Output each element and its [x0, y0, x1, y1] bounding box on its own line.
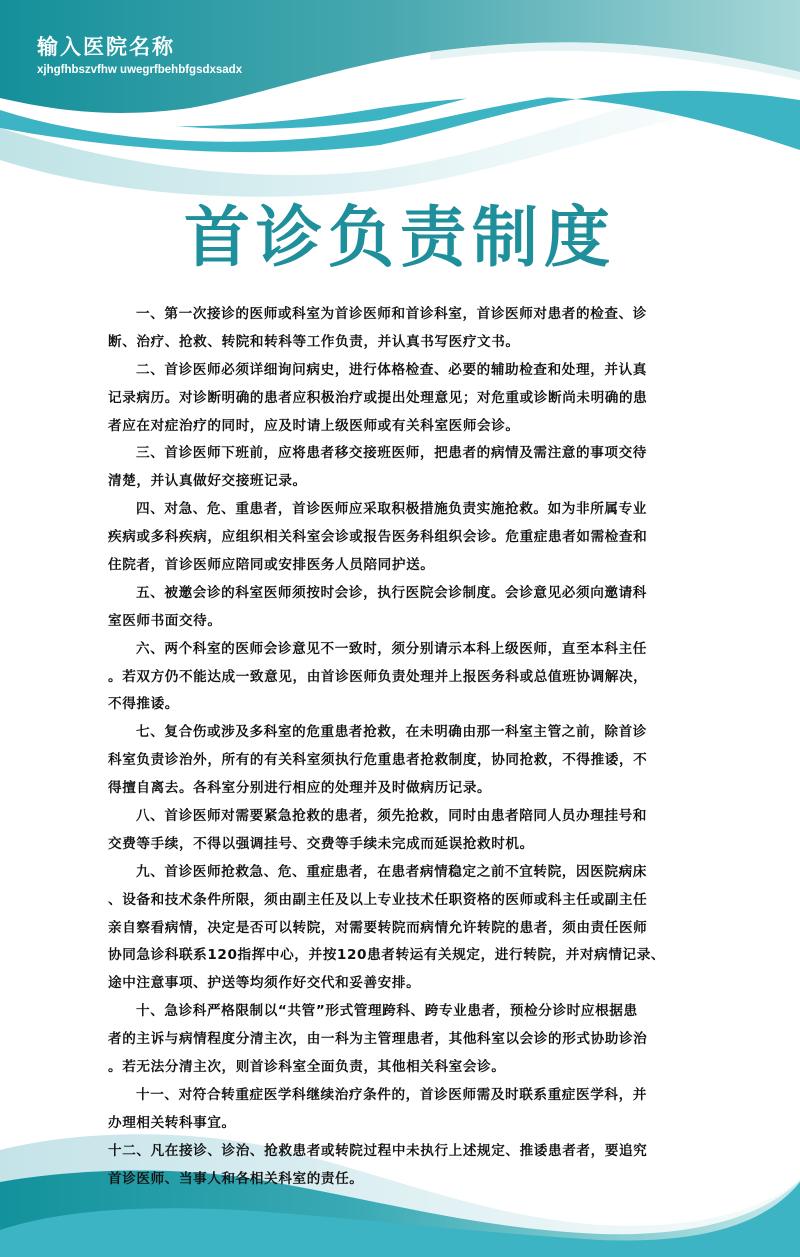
clause-line: 一、第一次接诊的医师或科室为首诊医师和首诊科室，首诊医师对患者的检查、诊: [108, 301, 708, 329]
clause-line: 首诊医师、当事人和各相关科室的责任。: [108, 1166, 708, 1194]
clause-line: 得擅自离去。各科室分别进行相应的处理并及时做病历记录。: [108, 775, 708, 803]
poster-header: 输入医院名称 xjhgfhbszvfhw uwegrfbehbfgsdxsadx: [37, 33, 242, 77]
clause-9: 九、首诊医师抢救急、危、重症患者，在患者病情稳定之前不宜转院，因医院病床、设备和…: [108, 859, 708, 998]
clause-line: 断、治疗、抢救、转院和转科等工作负责，并认真书写医疗文书。: [108, 329, 708, 357]
clause-line: 十、急诊科严格限制以“共管”形式管理跨科、跨专业患者，预检分诊时应根据患: [108, 998, 708, 1026]
clause-line: 九、首诊医师抢救急、危、重症患者，在患者病情稳定之前不宜转院，因医院病床: [108, 859, 708, 887]
clause-line: 七、复合伤或涉及多科室的危重患者抢救，在未明确由那一科室主管之前，除首诊: [108, 719, 708, 747]
clause-line: 八、首诊医师对需要紧急抢救的患者，须先抢救，同时由患者陪同人员办理挂号和: [108, 803, 708, 831]
clause-line: 科室负责诊治外，所有的有关科室须执行危重患者抢救制度，协同抢救，不得推诿，不: [108, 747, 708, 775]
clause-line: 二、首诊医师必须详细询问病史，进行体格检查、必要的辅助检查和处理，并认真: [108, 357, 708, 385]
clause-line: 交费等手续，不得以强调挂号、交费等手续未完成而延误抢救时机。: [108, 831, 708, 859]
clause-4: 四、对急、危、重患者，首诊医师应采取积极措施负责实施抢救。如为非所属专业疾病或多…: [108, 496, 708, 580]
clause-5: 五、被邀会诊的科室医师须按时会诊，执行医院会诊制度。会诊意见必须向邀请科室医师书…: [108, 580, 708, 636]
clause-line: 三、首诊医师下班前，应将患者移交接班医师，把患者的病情及需注意的事项交待: [108, 440, 708, 468]
clause-line: 清楚，并认真做好交接班记录。: [108, 468, 708, 496]
clause-line: 者的主诉与病情程度分清主次，由一科为主管理患者，其他科室以会诊的形式协助诊治: [108, 1026, 708, 1054]
clause-1: 一、第一次接诊的医师或科室为首诊医师和首诊科室，首诊医师对患者的检查、诊断、治疗…: [108, 301, 708, 357]
poster-title: 首诊负责制度: [0, 193, 800, 283]
hospital-name-english: xjhgfhbszvfhw uwegrfbehbfgsdxsadx: [37, 63, 242, 77]
clause-3: 三、首诊医师下班前，应将患者移交接班医师，把患者的病情及需注意的事项交待清楚，并…: [108, 440, 708, 496]
clause-line: 记录病历。对诊断明确的患者应积极治疗或提出处理意见；对危重或诊断尚未明确的患: [108, 385, 708, 413]
clause-8: 八、首诊医师对需要紧急抢救的患者，须先抢救，同时由患者陪同人员办理挂号和交费等手…: [108, 803, 708, 859]
clause-line: 办理相关转科事宜。: [108, 1110, 708, 1138]
clause-line: 四、对急、危、重患者，首诊医师应采取积极措施负责实施抢救。如为非所属专业: [108, 496, 708, 524]
clause-7: 七、复合伤或涉及多科室的危重患者抢救，在未明确由那一科室主管之前，除首诊科室负责…: [108, 719, 708, 803]
clause-line: 、设备和技术条件所限，须由副主任及以上专业技术任职资格的医师或科主任或副主任: [108, 887, 708, 915]
clause-line: 疾病或多科疾病，应组织相关科室会诊或报告医务科组织会诊。危重症患者如需检查和: [108, 524, 708, 552]
clause-line: 十一、对符合转重症医学科继续治疗条件的，首诊医师需及时联系重症医学科，并: [108, 1082, 708, 1110]
clause-line: 不得推诿。: [108, 691, 708, 719]
clause-line: 。若无法分清主次，则首诊科室全面负责，其他相关科室会诊。: [108, 1054, 708, 1082]
clause-line: 协同急诊科联系120指挥中心，并按120患者转运有关规定，进行转院，并对病情记录…: [108, 942, 708, 970]
clause-line: 亲自察看病情，决定是否可以转院，对需要转院而病情允许转院的患者，须由责任医师: [108, 915, 708, 943]
clause-line: 住院者，首诊医师应陪同或安排医务人员陪同护送。: [108, 552, 708, 580]
clause-10: 十、急诊科严格限制以“共管”形式管理跨科、跨专业患者，预检分诊时应根据患者的主诉…: [108, 998, 708, 1082]
clause-6: 六、两个科室的医师会诊意见不一致时，须分别请示本科上级医师，直至本科主任。若双方…: [108, 636, 708, 720]
regulation-clauses: 一、第一次接诊的医师或科室为首诊医师和首诊科室，首诊医师对患者的检查、诊断、治疗…: [108, 301, 708, 1194]
clause-line: 五、被邀会诊的科室医师须按时会诊，执行医院会诊制度。会诊意见必须向邀请科: [108, 580, 708, 608]
clause-line: 。若双方仍不能达成一致意见，由首诊医师负责处理并上报医务科或总值班协调解决，: [108, 664, 708, 692]
clause-11: 十一、对符合转重症医学科继续治疗条件的，首诊医师需及时联系重症医学科，并办理相关…: [108, 1082, 708, 1138]
clause-line: 十二、凡在接诊、诊治、抢救患者或转院过程中未执行上述规定、推诿患者者，要追究: [108, 1138, 708, 1166]
hospital-name: 输入医院名称: [37, 33, 242, 61]
clause-line: 室医师书面交待。: [108, 608, 708, 636]
clause-line: 六、两个科室的医师会诊意见不一致时，须分别请示本科上级医师，直至本科主任: [108, 636, 708, 664]
clause-12: 十二、凡在接诊、诊治、抢救患者或转院过程中未执行上述规定、推诿患者者，要追究首诊…: [108, 1138, 708, 1194]
clause-line: 者应在对症治疗的同时，应及时请上级医师或有关科室医师会诊。: [108, 413, 708, 441]
clause-2: 二、首诊医师必须详细询问病史，进行体格检查、必要的辅助检查和处理，并认真记录病历…: [108, 357, 708, 441]
clause-line: 途中注意事项、护送等均须作好交代和妥善安排。: [108, 970, 708, 998]
